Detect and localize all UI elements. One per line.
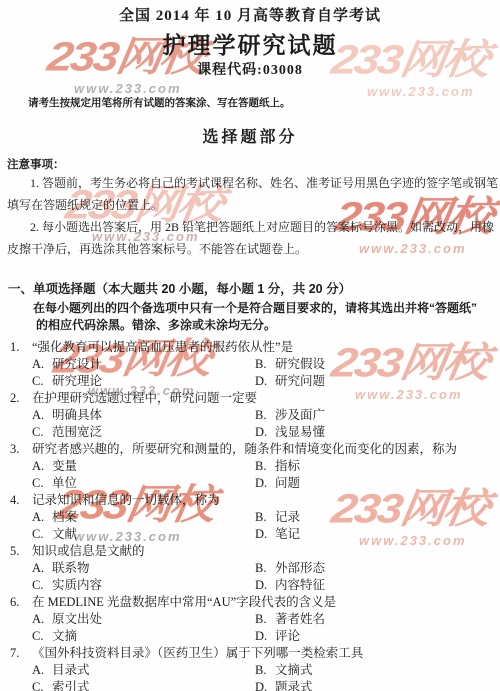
question-number: 6. xyxy=(10,594,32,611)
option-label: A. xyxy=(32,458,52,475)
option-item: D.笔记 xyxy=(255,526,496,543)
options-grid: A.明确具体 B.涉及面广 C.范围宽泛 D.浅显易懂 xyxy=(32,407,496,441)
option-label: D. xyxy=(255,424,275,441)
option-item: C.文献 xyxy=(32,526,255,543)
option-label: C. xyxy=(32,373,52,390)
option-label: A. xyxy=(32,407,52,424)
question-item: 4.记录知识和信息的一切载体，称为 A.档案 B.记录 C.文献 D.笔记 xyxy=(10,492,496,543)
option-text: 记录 xyxy=(275,510,300,524)
option-text: 实质内容 xyxy=(52,578,102,592)
question-text: 研究者感兴趣的，所要研究和测量的，随条件和情境变化而变化的因素，称为 xyxy=(32,442,457,456)
options-grid: A.变量 B.指标 C.单位 D.问题 xyxy=(32,458,496,492)
question-text: 在护理研究选题过程中，研究问题一定要 xyxy=(32,391,257,405)
option-text: 笔记 xyxy=(275,527,300,541)
option-text: 内容特征 xyxy=(275,578,325,592)
option-item: A.明确具体 xyxy=(32,407,255,424)
option-item: A.研究设计 xyxy=(32,356,255,373)
option-item: B.研究假设 xyxy=(255,356,496,373)
option-item: D.评论 xyxy=(255,628,496,645)
option-item: B.文摘式 xyxy=(255,662,496,679)
option-text: 文献 xyxy=(52,527,77,541)
option-label: D. xyxy=(255,373,275,390)
notice-line: 填写在答题纸规定的位置上。 xyxy=(7,199,163,212)
question-text: 知识或信息是文献的 xyxy=(32,544,145,558)
option-text: 索引式 xyxy=(52,680,90,691)
option-text: 评论 xyxy=(275,629,300,643)
question-number: 3. xyxy=(10,441,32,458)
option-text: 文摘 xyxy=(52,629,77,643)
option-item: C.单位 xyxy=(32,475,255,492)
question-text: “强化教育可以提高高血压患者的服药依从性”是 xyxy=(32,340,293,354)
option-text: 浅显易懂 xyxy=(275,425,325,439)
option-label: C. xyxy=(32,577,52,594)
question-text: 在 MEDLINE 光盘数据库中常用“AU”字段代表的含义是 xyxy=(32,595,336,609)
question-number: 2. xyxy=(10,390,32,407)
question-item: 5.知识或信息是文献的 A.联系物 B.外部形态 C.实质内容 D.内容特征 xyxy=(10,543,496,594)
notice-title: 注意事项： xyxy=(7,156,65,172)
option-text: 研究设计 xyxy=(52,357,102,371)
option-item: A.目录式 xyxy=(32,662,255,679)
options-grid: A.目录式 B.文摘式 C.索引式 D.题录式 xyxy=(32,662,496,691)
question-number: 7. xyxy=(10,645,32,662)
option-label: B. xyxy=(255,560,275,577)
option-text: 文摘式 xyxy=(275,663,313,677)
option-label: C. xyxy=(32,628,52,645)
option-item: D.内容特征 xyxy=(255,577,496,594)
option-label: C. xyxy=(32,424,52,441)
question-item: 6.在 MEDLINE 光盘数据库中常用“AU”字段代表的含义是 A.原文出处 … xyxy=(10,594,496,645)
option-label: B. xyxy=(255,611,275,628)
question-number: 1. xyxy=(10,339,32,356)
option-label: A. xyxy=(32,356,52,373)
exam-subtitle: 护理学研究试题 xyxy=(0,27,500,60)
question-item: 7.《国外科技资料目录》（医药卫生）属于下列哪一类检索工具 A.目录式 B.文摘… xyxy=(10,645,496,691)
question-item: 3.研究者感兴趣的，所要研究和测量的，随条件和情境变化而变化的因素，称为 A.变… xyxy=(10,441,496,492)
option-item: D.研究问题 xyxy=(255,373,496,390)
option-item: A.联系物 xyxy=(32,560,255,577)
options-grid: A.研究设计 B.研究假设 C.研究理论 D.研究问题 xyxy=(32,356,496,390)
option-text: 档案 xyxy=(52,510,77,524)
part-one-heading: 一、单项选择题（本大题共 20 小题，每小题 1 分，共 20 分） xyxy=(8,279,351,297)
section-heading: 选择题部分 xyxy=(0,124,500,147)
option-label: A. xyxy=(32,611,52,628)
option-label: B. xyxy=(255,407,275,424)
option-label: A. xyxy=(32,509,52,526)
option-item: D.问题 xyxy=(255,475,496,492)
options-grid: A.原文出处 B.著者姓名 C.文摘 D.评论 xyxy=(32,611,496,645)
question-number: 5. xyxy=(10,543,32,560)
notice-line: 皮擦干净后，再选涂其他答案标号。不能答在试题卷上。 xyxy=(7,243,307,256)
option-text: 涉及面广 xyxy=(275,408,325,422)
option-item: A.原文出处 xyxy=(32,611,255,628)
option-item: C.范围宽泛 xyxy=(32,424,255,441)
option-item: A.档案 xyxy=(32,509,255,526)
option-label: C. xyxy=(32,526,52,543)
option-text: 题录式 xyxy=(275,680,313,691)
part-one-subline: 在每小题列出的四个备选项中只有一个是符合题目要求的，请将其选出并将“答题纸” xyxy=(33,299,477,316)
question-item: 2.在护理研究选题过程中，研究问题一定要 A.明确具体 B.涉及面广 C.范围宽… xyxy=(10,390,496,441)
option-text: 范围宽泛 xyxy=(52,425,102,439)
questions-list: 1.“强化教育可以提高高血压患者的服药依从性”是 A.研究设计 B.研究假设 C… xyxy=(10,339,496,691)
option-text: 联系物 xyxy=(52,561,90,575)
option-item: D.题录式 xyxy=(255,679,496,691)
option-label: B. xyxy=(255,458,275,475)
option-label: D. xyxy=(255,526,275,543)
answer-sheet-instruction: 请考生按规定用笔将所有试题的答案涂、写在答题纸上。 xyxy=(28,95,291,110)
option-item: D.浅显易懂 xyxy=(255,424,496,441)
watermark-url: www.233.com xyxy=(359,241,500,256)
option-text: 目录式 xyxy=(52,663,90,677)
option-text: 研究假设 xyxy=(275,357,325,371)
option-label: D. xyxy=(255,577,275,594)
question-number: 4. xyxy=(10,492,32,509)
option-text: 指标 xyxy=(275,459,300,473)
option-item: C.文摘 xyxy=(32,628,255,645)
option-item: B.指标 xyxy=(255,458,496,475)
option-label: C. xyxy=(32,679,52,691)
watermark-url: www.233.com xyxy=(367,84,500,99)
option-label: D. xyxy=(255,679,275,691)
option-item: C.研究理论 xyxy=(32,373,255,390)
option-text: 研究问题 xyxy=(275,374,325,388)
option-text: 著者姓名 xyxy=(275,612,325,626)
notice-line: 1. 答题前，考生务必将自己的考试课程名称、姓名、准考证号用黑色字迹的签字笔或钢… xyxy=(30,177,498,190)
option-label: B. xyxy=(255,662,275,679)
notice-line: 2. 每小题选出答案后，用 2B 铅笔把答题纸上对应题目的答案标号涂黑。如需改动… xyxy=(30,221,494,234)
option-item: B.外部形态 xyxy=(255,560,496,577)
option-text: 研究理论 xyxy=(52,374,102,388)
options-grid: A.档案 B.记录 C.文献 D.笔记 xyxy=(32,509,496,543)
exam-paper-page: 233网校 www.233.com 233网校 www.233.com 233网… xyxy=(0,0,500,691)
part-one-subline: 的相应代码涂黑。错涂、多涂或未涂均无分。 xyxy=(36,316,276,333)
option-label: B. xyxy=(255,509,275,526)
option-text: 明确具体 xyxy=(52,408,102,422)
option-label: C. xyxy=(32,475,52,492)
options-grid: A.联系物 B.外部形态 C.实质内容 D.内容特征 xyxy=(32,560,496,594)
option-item: C.实质内容 xyxy=(32,577,255,594)
question-text: 《国外科技资料目录》（医药卫生）属于下列哪一类检索工具 xyxy=(32,646,363,660)
option-text: 原文出处 xyxy=(52,612,102,626)
exam-title: 全国 2014 年 10 月高等教育自学考试 xyxy=(0,4,500,25)
option-item: B.记录 xyxy=(255,509,496,526)
option-item: C.索引式 xyxy=(32,679,255,691)
watermark-url: www.233.com xyxy=(74,81,218,96)
option-text: 单位 xyxy=(52,476,77,490)
option-label: B. xyxy=(255,356,275,373)
option-label: D. xyxy=(255,628,275,645)
option-text: 变量 xyxy=(52,459,77,473)
option-item: B.著者姓名 xyxy=(255,611,496,628)
option-label: A. xyxy=(32,662,52,679)
question-text: 记录知识和信息的一切载体，称为 xyxy=(32,493,220,507)
option-item: B.涉及面广 xyxy=(255,407,496,424)
course-code: 课程代码:03008 xyxy=(0,59,500,79)
question-item: 1.“强化教育可以提高高血压患者的服药依从性”是 A.研究设计 B.研究假设 C… xyxy=(10,339,496,390)
option-text: 问题 xyxy=(275,476,300,490)
option-text: 外部形态 xyxy=(275,561,325,575)
option-item: A.变量 xyxy=(32,458,255,475)
option-label: A. xyxy=(32,560,52,577)
option-label: D. xyxy=(255,475,275,492)
